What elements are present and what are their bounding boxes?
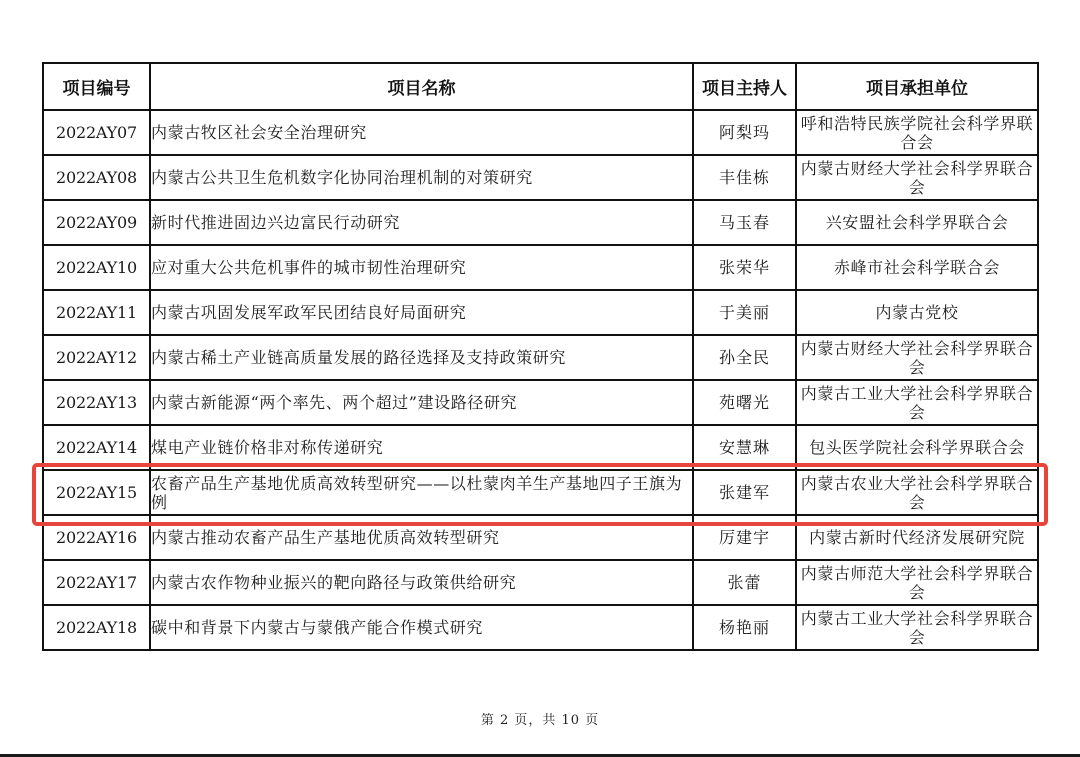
project-lead: 安慧琳 bbox=[693, 425, 796, 470]
project-name: 应对重大公共危机事件的城市韧性治理研究 bbox=[150, 245, 693, 290]
project-name: 内蒙古公共卫生危机数字化协同治理机制的对策研究 bbox=[150, 155, 693, 200]
project-name: 内蒙古巩固发展军政军民团结良好局面研究 bbox=[150, 290, 693, 335]
project-name: 内蒙古牧区社会安全治理研究 bbox=[150, 110, 693, 155]
project-lead: 张建军 bbox=[693, 470, 796, 515]
table-row-highlighted: 2022AY15 农畜产品生产基地优质高效转型研究——以杜蒙肉羊生产基地四子王旗… bbox=[43, 470, 1038, 515]
header-project-code: 项目编号 bbox=[43, 63, 150, 110]
table-row: 2022AY09 新时代推进固边兴边富民行动研究 马玉春 兴安盟社会科学界联合会 bbox=[43, 200, 1038, 245]
project-unit: 赤峰市社会科学联合会 bbox=[796, 245, 1038, 290]
table-row: 2022AY14 煤电产业链价格非对称传递研究 安慧琳 包头医学院社会科学界联合… bbox=[43, 425, 1038, 470]
project-lead: 马玉春 bbox=[693, 200, 796, 245]
project-code: 2022AY16 bbox=[43, 515, 150, 560]
table-row: 2022AY11 内蒙古巩固发展军政军民团结良好局面研究 于美丽 内蒙古党校 bbox=[43, 290, 1038, 335]
header-project-name: 项目名称 bbox=[150, 63, 693, 110]
project-lead: 阿梨玛 bbox=[693, 110, 796, 155]
project-name: 内蒙古稀土产业链高质量发展的路径选择及支持政策研究 bbox=[150, 335, 693, 380]
project-lead: 于美丽 bbox=[693, 290, 796, 335]
table-header-row: 项目编号 项目名称 项目主持人 项目承担单位 bbox=[43, 63, 1038, 110]
project-unit: 内蒙古师范大学社会科学界联合会 bbox=[796, 560, 1038, 605]
table-row: 2022AY10 应对重大公共危机事件的城市韧性治理研究 张荣华 赤峰市社会科学… bbox=[43, 245, 1038, 290]
project-lead: 张蕾 bbox=[693, 560, 796, 605]
table-row: 2022AY18 碳中和背景下内蒙古与蒙俄产能合作模式研究 杨艳丽 内蒙古工业大… bbox=[43, 605, 1038, 650]
header-project-unit: 项目承担单位 bbox=[796, 63, 1038, 110]
project-code: 2022AY15 bbox=[43, 470, 150, 515]
project-code: 2022AY09 bbox=[43, 200, 150, 245]
project-lead: 厉建宇 bbox=[693, 515, 796, 560]
project-unit: 内蒙古财经大学社会科学界联合会 bbox=[796, 155, 1038, 200]
table-row: 2022AY16 内蒙古推动农畜产品生产基地优质高效转型研究 厉建宇 内蒙古新时… bbox=[43, 515, 1038, 560]
project-unit: 内蒙古新时代经济发展研究院 bbox=[796, 515, 1038, 560]
project-unit: 兴安盟社会科学界联合会 bbox=[796, 200, 1038, 245]
project-unit: 内蒙古党校 bbox=[796, 290, 1038, 335]
project-unit: 内蒙古农业大学社会科学界联合会 bbox=[796, 470, 1038, 515]
project-lead: 孙全民 bbox=[693, 335, 796, 380]
project-lead: 张荣华 bbox=[693, 245, 796, 290]
project-code: 2022AY14 bbox=[43, 425, 150, 470]
project-lead: 杨艳丽 bbox=[693, 605, 796, 650]
project-lead: 丰佳栋 bbox=[693, 155, 796, 200]
table-row: 2022AY13 内蒙古新能源“两个率先、两个超过”建设路径研究 苑曙光 内蒙古… bbox=[43, 380, 1038, 425]
project-unit: 内蒙古工业大学社会科学界联合会 bbox=[796, 380, 1038, 425]
table-row: 2022AY08 内蒙古公共卫生危机数字化协同治理机制的对策研究 丰佳栋 内蒙古… bbox=[43, 155, 1038, 200]
project-unit: 内蒙古财经大学社会科学界联合会 bbox=[796, 335, 1038, 380]
project-code: 2022AY17 bbox=[43, 560, 150, 605]
project-name: 内蒙古农作物种业振兴的靶向路径与政策供给研究 bbox=[150, 560, 693, 605]
project-unit: 包头医学院社会科学界联合会 bbox=[796, 425, 1038, 470]
project-code: 2022AY18 bbox=[43, 605, 150, 650]
project-code: 2022AY08 bbox=[43, 155, 150, 200]
projects-table: 项目编号 项目名称 项目主持人 项目承担单位 2022AY07 内蒙古牧区社会安… bbox=[42, 62, 1039, 651]
project-unit: 内蒙古工业大学社会科学界联合会 bbox=[796, 605, 1038, 650]
page-number-footer: 第 2 页，共 10 页 bbox=[0, 709, 1080, 728]
project-name: 煤电产业链价格非对称传递研究 bbox=[150, 425, 693, 470]
project-name: 内蒙古推动农畜产品生产基地优质高效转型研究 bbox=[150, 515, 693, 560]
table-row: 2022AY17 内蒙古农作物种业振兴的靶向路径与政策供给研究 张蕾 内蒙古师范… bbox=[43, 560, 1038, 605]
table-row: 2022AY12 内蒙古稀土产业链高质量发展的路径选择及支持政策研究 孙全民 内… bbox=[43, 335, 1038, 380]
project-name: 内蒙古新能源“两个率先、两个超过”建设路径研究 bbox=[150, 380, 693, 425]
header-project-lead: 项目主持人 bbox=[693, 63, 796, 110]
project-name: 新时代推进固边兴边富民行动研究 bbox=[150, 200, 693, 245]
project-code: 2022AY07 bbox=[43, 110, 150, 155]
project-lead: 苑曙光 bbox=[693, 380, 796, 425]
project-name: 碳中和背景下内蒙古与蒙俄产能合作模式研究 bbox=[150, 605, 693, 650]
document-page: 项目编号 项目名称 项目主持人 项目承担单位 2022AY07 内蒙古牧区社会安… bbox=[0, 0, 1080, 757]
project-code: 2022AY13 bbox=[43, 380, 150, 425]
project-unit: 呼和浩特民族学院社会科学界联合会 bbox=[796, 110, 1038, 155]
project-code: 2022AY10 bbox=[43, 245, 150, 290]
project-code: 2022AY12 bbox=[43, 335, 150, 380]
table-row: 2022AY07 内蒙古牧区社会安全治理研究 阿梨玛 呼和浩特民族学院社会科学界… bbox=[43, 110, 1038, 155]
project-code: 2022AY11 bbox=[43, 290, 150, 335]
project-name: 农畜产品生产基地优质高效转型研究——以杜蒙肉羊生产基地四子王旗为例 bbox=[150, 470, 693, 515]
